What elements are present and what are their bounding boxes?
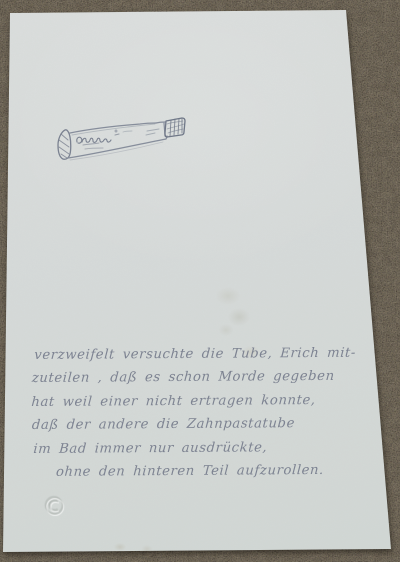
tube-crimped-end — [58, 130, 71, 159]
note-line: ohne den hinteren Teil aufzurollen. — [55, 459, 374, 485]
photo: verzweifelt versuchte die Tube, Erich mi… — [0, 0, 400, 562]
note-line: daß der andere die Zahnpastatube — [31, 412, 377, 438]
note-line: verzweifelt versuchte die Tube, Erich mi… — [34, 342, 382, 368]
paper-sheet: verzweifelt versuchte die Tube, Erich mi… — [0, 0, 400, 562]
note-line: hat weil einer nicht ertragen konnte, — [31, 388, 379, 414]
note-line: im Bad immer nur ausdrückte, — [33, 435, 376, 461]
paper-shadow: verzweifelt versuchte die Tube, Erich mi… — [0, 0, 400, 562]
tube-cap — [165, 118, 185, 137]
embossed-copyright-stamp: © — [42, 494, 72, 524]
handwritten-note: verzweifelt versuchte die Tube, Erich mi… — [21, 342, 382, 485]
note-line: zuteilen , daß es schon Morde gegeben — [31, 365, 380, 391]
toothpaste-tube-sketch — [55, 112, 195, 170]
